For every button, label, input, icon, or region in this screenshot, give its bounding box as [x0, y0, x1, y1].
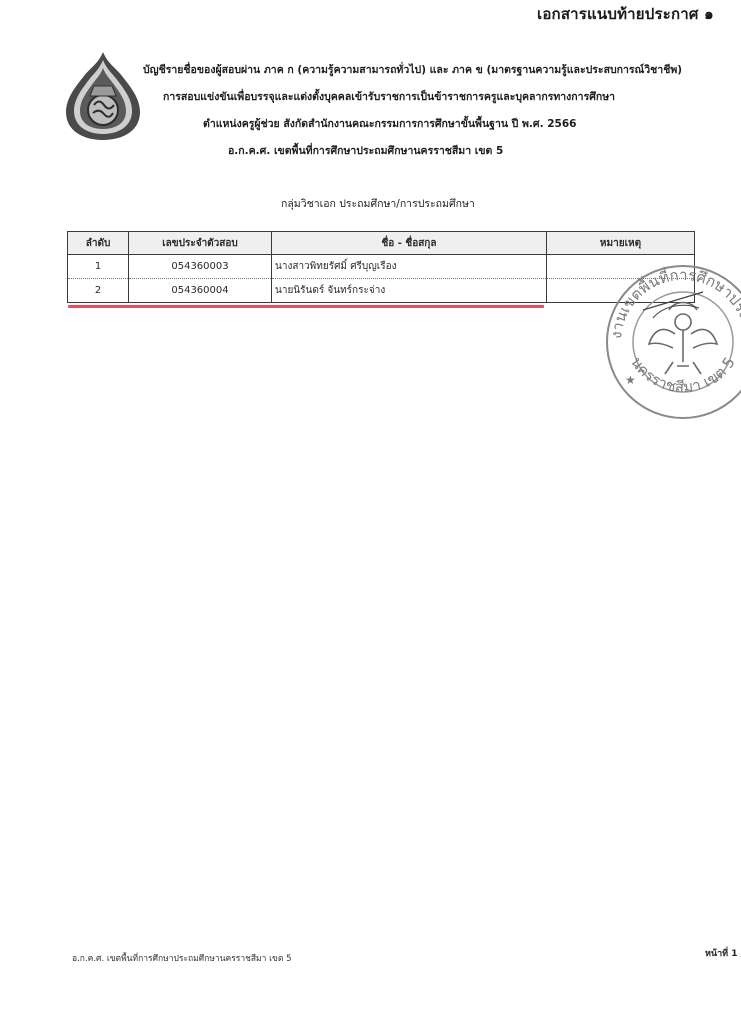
- header-line-4: อ.ก.ค.ศ. เขตพื้นที่การศึกษาประถมศึกษานคร…: [228, 142, 503, 159]
- cell-no: 1: [68, 255, 129, 279]
- garuda-icon: [649, 303, 717, 375]
- footer-organization: อ.ก.ค.ศ. เขตพื้นที่การศึกษาประถมศึกษานคร…: [72, 951, 291, 965]
- highlight-underline: [68, 305, 544, 308]
- table-header-row: ลำดับ เลขประจำตัวสอบ ชื่อ - ชื่อสกุล หมา…: [68, 232, 695, 255]
- annex-label: เอกสารแนบท้ายประกาศ ๑: [537, 2, 714, 26]
- col-header-no: ลำดับ: [68, 232, 129, 255]
- col-header-note: หมายเหตุ: [547, 232, 695, 255]
- table-row: 2 054360004 นายนิรันดร์ จันทร์กระจ่าง: [68, 279, 695, 303]
- header-line-1: บัญชีรายชื่อของผู้สอบผ่าน ภาค ก (ความรู้…: [143, 61, 682, 78]
- col-header-exam-id: เลขประจำตัวสอบ: [129, 232, 272, 255]
- table-row: 1 054360003 นางสาวพิทยรัศมิ์ ศรีบุญเรือง: [68, 255, 695, 279]
- results-table: ลำดับ เลขประจำตัวสอบ ชื่อ - ชื่อสกุล หมา…: [67, 231, 695, 303]
- footer-page-number: หน้าที่ 1 /: [705, 946, 741, 960]
- cell-exam-id: 054360003: [129, 255, 272, 279]
- cell-name: นางสาวพิทยรัศมิ์ ศรีบุญเรือง: [272, 255, 547, 279]
- subject-group-title: กลุ่มวิชาเอก ประถมศึกษา/การประถมศึกษา: [281, 195, 475, 212]
- header-line-2: การสอบแข่งขันเพื่อบรรจุและแต่งตั้งบุคคลเ…: [163, 88, 615, 105]
- star-icon: ★: [625, 373, 636, 387]
- header-line-3: ตำแหน่งครูผู้ช่วย สังกัดสำนักงานคณะกรรมก…: [203, 115, 576, 132]
- cell-exam-id: 054360004: [129, 279, 272, 303]
- col-header-name: ชื่อ - ชื่อสกุล: [272, 232, 547, 255]
- office-seal: สำนักงานเขตพื้นที่การศึกษาประถมศึกษา นคร…: [603, 262, 741, 422]
- cell-name: นายนิรันดร์ จันทร์กระจ่าง: [272, 279, 547, 303]
- obec-logo-icon: [64, 50, 142, 142]
- cell-no: 2: [68, 279, 129, 303]
